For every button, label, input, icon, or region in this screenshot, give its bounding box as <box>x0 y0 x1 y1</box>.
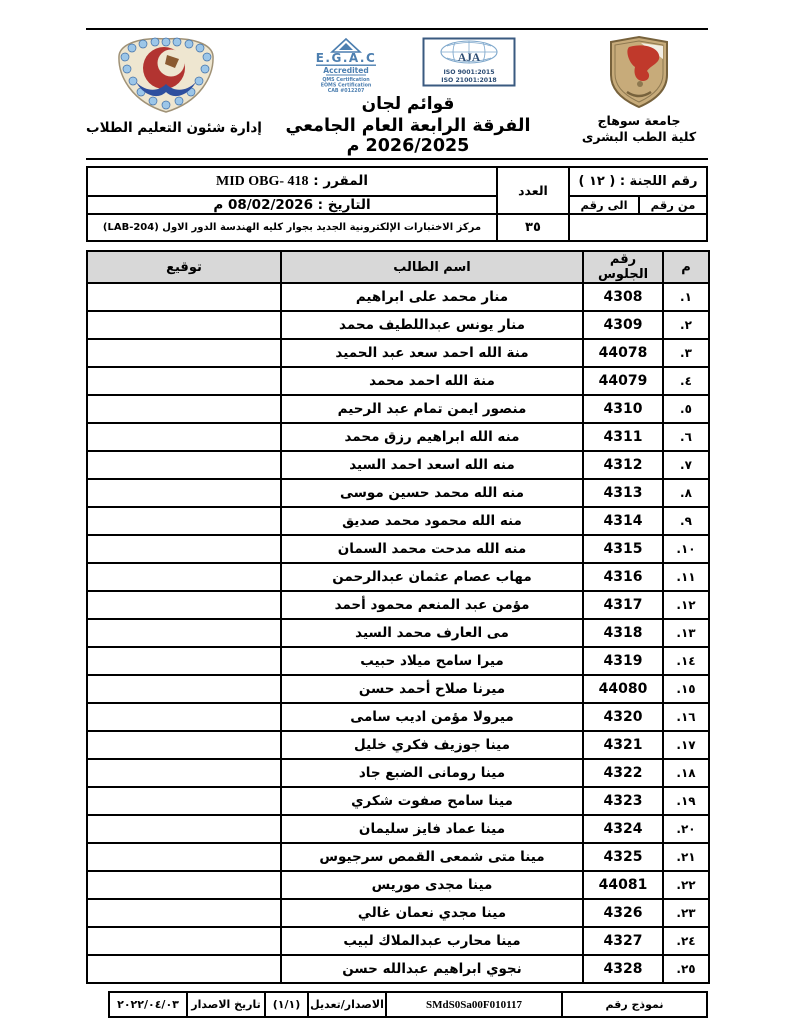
student-name: منار يونس عبداللطيف محمد <box>281 311 583 339</box>
document-page: إدارة شئون التعليم الطلاب E.G.A.C Accred… <box>0 0 791 1024</box>
student-name: منه الله ابراهيم رزق محمد <box>281 423 583 451</box>
signature-cell <box>87 899 281 927</box>
seat-number: 4324 <box>583 815 663 843</box>
column-header-seat: رقم الجلوس <box>583 251 663 283</box>
header-right-block: جامعة سوهاج كلية الطب البشرى <box>570 35 708 144</box>
exam-date-cell: التاريخ : 08/02/2026 م <box>87 196 497 214</box>
signature-cell <box>87 787 281 815</box>
signature-cell <box>87 759 281 787</box>
egac-accredited: Accredited <box>323 66 368 75</box>
seat-number: 4315 <box>583 535 663 563</box>
form-number-label: نموذج رقم <box>562 992 707 1017</box>
student-row: ٤. 44079 منة الله احمد محمد <box>87 367 709 395</box>
student-row: ٢٥. 4328 نجوي ابراهيم عبدالله حسن <box>87 955 709 983</box>
seat-number: 4310 <box>583 395 663 423</box>
header-rule <box>86 158 708 160</box>
revision-label: الاصدار/تعديل <box>308 992 386 1017</box>
row-number: ٣. <box>663 339 709 367</box>
certification-logos: E.G.A.C Accredited QMS Certification EOM… <box>246 37 570 93</box>
page-header: إدارة شئون التعليم الطلاب E.G.A.C Accred… <box>86 30 708 158</box>
seat-number: 4308 <box>583 283 663 311</box>
seat-number: 4312 <box>583 451 663 479</box>
row-number: ٢. <box>663 311 709 339</box>
student-name: مينا جوزيف فكري خليل <box>281 731 583 759</box>
row-number: ٢٤. <box>663 927 709 955</box>
row-number: ٢١. <box>663 843 709 871</box>
row-number: ٢٠. <box>663 815 709 843</box>
student-name: منه الله محمد حسين موسى <box>281 479 583 507</box>
seat-number: 4311 <box>583 423 663 451</box>
student-name: منة الله احمد سعد عبد الحميد <box>281 339 583 367</box>
student-row: ٩. 4314 منه الله محمود محمد صديق <box>87 507 709 535</box>
student-row: ٧. 4312 منه الله اسعد احمد السيد <box>87 451 709 479</box>
egac-line-3: CAB #012207 <box>328 88 365 93</box>
signature-cell <box>87 507 281 535</box>
signature-cell <box>87 367 281 395</box>
seat-number: 4323 <box>583 787 663 815</box>
signature-cell <box>87 423 281 451</box>
exam-info-table: رقم اللجنة : ( ١٢ ) العدد المقرر : MID O… <box>86 166 708 242</box>
issue-date-label: تاريخ الاصدار <box>187 992 265 1017</box>
student-name: منصور ايمن تمام عبد الرحيم <box>281 395 583 423</box>
date-value: 08/02/2026 م <box>213 197 313 213</box>
student-name: ميرا سامح ميلاد حبيب <box>281 647 583 675</box>
row-number: ١٧. <box>663 731 709 759</box>
student-row: ١٧. 4321 مينا جوزيف فكري خليل <box>87 731 709 759</box>
form-footer-table: نموذج رقم SMdS0Sa00F010117 الاصدار/تعديل… <box>108 991 708 1018</box>
row-number: ٦. <box>663 423 709 451</box>
course-cell: المقرر : MID OBG- 418 <box>87 167 497 196</box>
student-row: ٣. 44078 منة الله احمد سعد عبد الحميد <box>87 339 709 367</box>
student-row: ٢. 4309 منار يونس عبداللطيف محمد <box>87 311 709 339</box>
student-table: م رقم الجلوس اسم الطالب توقيع ١. 4308 من… <box>86 250 710 984</box>
university-logo-icon <box>607 35 671 109</box>
row-number: ٩. <box>663 507 709 535</box>
faculty-name: كلية الطب البشرى <box>570 129 708 145</box>
row-number: ١. <box>663 283 709 311</box>
signature-cell <box>87 451 281 479</box>
row-number: ١٨. <box>663 759 709 787</box>
row-number: ١١. <box>663 563 709 591</box>
aja-name: AJA <box>458 52 481 64</box>
student-name: مينا عماد فايز سليمان <box>281 815 583 843</box>
seat-number: 4313 <box>583 479 663 507</box>
student-name: منه الله مدحت محمد السمان <box>281 535 583 563</box>
student-row: ٢١. 4325 مينا متى شمعى القمص سرجيوس <box>87 843 709 871</box>
signature-cell <box>87 815 281 843</box>
student-table-body: ١. 4308 منار محمد على ابراهيم ٢. 4309 من… <box>87 283 709 983</box>
signature-cell <box>87 843 281 871</box>
signature-cell <box>87 731 281 759</box>
committee-number: رقم اللجنة : ( ١٢ ) <box>569 167 707 196</box>
student-name: منار محمد على ابراهيم <box>281 283 583 311</box>
student-row: ١٠. 4315 منه الله مدحت محمد السمان <box>87 535 709 563</box>
student-table-header: م رقم الجلوس اسم الطالب توقيع <box>87 251 709 283</box>
signature-cell <box>87 563 281 591</box>
exam-location: مركز الاختبارات الإلكترونية الجديد بجوار… <box>87 214 497 241</box>
seat-number: 4314 <box>583 507 663 535</box>
student-row: ١٦. 4320 ميرولا مؤمن اديب سامى <box>87 703 709 731</box>
student-name: مينا مجدي نعمان غالي <box>281 899 583 927</box>
row-number: ٢٣. <box>663 899 709 927</box>
row-number: ١٢. <box>663 591 709 619</box>
date-label: التاريخ : <box>318 197 371 213</box>
seat-number: 4321 <box>583 731 663 759</box>
student-row: ١. 4308 منار محمد على ابراهيم <box>87 283 709 311</box>
student-row: ٢٣. 4326 مينا مجدي نعمان غالي <box>87 899 709 927</box>
row-number: ٧. <box>663 451 709 479</box>
student-name: ميرنا صلاح أحمد حسن <box>281 675 583 703</box>
row-number: ٤. <box>663 367 709 395</box>
page-subtitle: الفرقة الرابعة العام الجامعي 2026/2025 م <box>246 116 570 156</box>
column-header-name: اسم الطالب <box>281 251 583 283</box>
row-number: ١٥. <box>663 675 709 703</box>
row-number: ٢٥. <box>663 955 709 983</box>
column-header-signature: توقيع <box>87 251 281 283</box>
count-value: ٣٥ <box>497 214 569 241</box>
student-row: ١٣. 4318 مى العارف محمد السيد <box>87 619 709 647</box>
signature-cell <box>87 703 281 731</box>
student-row: ١١. 4316 مهاب عصام عثمان عبدالرحمن <box>87 563 709 591</box>
row-number: ٨. <box>663 479 709 507</box>
student-row: ١٥. 44080 ميرنا صلاح أحمد حسن <box>87 675 709 703</box>
student-row: ١٢. 4317 مؤمن عبد المنعم محمود أحمد <box>87 591 709 619</box>
student-name: مى العارف محمد السيد <box>281 619 583 647</box>
signature-cell <box>87 871 281 899</box>
row-number: ١٩. <box>663 787 709 815</box>
header-left-block: إدارة شئون التعليم الطلاب <box>86 35 246 136</box>
seat-number: 4322 <box>583 759 663 787</box>
revision-value: (١/١) <box>265 992 308 1017</box>
count-label: العدد <box>497 167 569 214</box>
student-name: مهاب عصام عثمان عبدالرحمن <box>281 563 583 591</box>
seat-number: 4325 <box>583 843 663 871</box>
student-name: منه الله محمود محمد صديق <box>281 507 583 535</box>
signature-cell <box>87 591 281 619</box>
signature-cell <box>87 395 281 423</box>
student-name: ميرولا مؤمن اديب سامى <box>281 703 583 731</box>
student-row: ٢٢. 44081 مينا مجدى موريس <box>87 871 709 899</box>
row-number: ١٣. <box>663 619 709 647</box>
row-number: ١٠. <box>663 535 709 563</box>
seat-number: 44079 <box>583 367 663 395</box>
form-number-value: SMdS0Sa00F010117 <box>386 992 562 1017</box>
signature-cell <box>87 619 281 647</box>
aja-iso-line-2: ISO 21001:2018 <box>441 77 496 84</box>
aja-logo-icon: AJA ISO 9001:2015 ISO 21001:2018 <box>422 37 516 87</box>
seat-number: 4309 <box>583 311 663 339</box>
signature-cell <box>87 675 281 703</box>
student-row: ٦. 4311 منه الله ابراهيم رزق محمد <box>87 423 709 451</box>
student-row: ٥. 4310 منصور ايمن تمام عبد الرحيم <box>87 395 709 423</box>
student-name: مينا سامح صفوت شكري <box>281 787 583 815</box>
aja-iso-line-1: ISO 9001:2015 <box>443 69 494 76</box>
student-name: مينا مجدى موريس <box>281 871 583 899</box>
course-label: المقرر : <box>313 173 368 189</box>
from-to-empty-cell <box>569 214 707 241</box>
seat-number: 4316 <box>583 563 663 591</box>
row-number: ٢٢. <box>663 871 709 899</box>
student-name: منة الله احمد محمد <box>281 367 583 395</box>
seat-number: 44080 <box>583 675 663 703</box>
signature-cell <box>87 535 281 563</box>
student-row: ٨. 4313 منه الله محمد حسين موسى <box>87 479 709 507</box>
seat-number: 4319 <box>583 647 663 675</box>
page-title: قوائم لجان <box>246 94 570 114</box>
signature-cell <box>87 479 281 507</box>
egac-logo-icon: E.G.A.C Accredited QMS Certification EOM… <box>300 37 392 93</box>
row-number: ١٦. <box>663 703 709 731</box>
student-row: ١٩. 4323 مينا سامح صفوت شكري <box>87 787 709 815</box>
seat-number: 4326 <box>583 899 663 927</box>
signature-cell <box>87 647 281 675</box>
faculty-logo-icon <box>110 35 222 115</box>
student-name: نجوي ابراهيم عبدالله حسن <box>281 955 583 983</box>
seat-number: 4327 <box>583 927 663 955</box>
seat-number: 4320 <box>583 703 663 731</box>
university-name: جامعة سوهاج <box>570 113 708 129</box>
row-number: ١٤. <box>663 647 709 675</box>
egac-name: E.G.A.C <box>316 51 377 65</box>
row-number: ٥. <box>663 395 709 423</box>
header-center-block: E.G.A.C Accredited QMS Certification EOM… <box>246 35 570 156</box>
egac-line-2: EOMS Certification <box>321 83 372 89</box>
seat-number: 4317 <box>583 591 663 619</box>
seat-number: 4328 <box>583 955 663 983</box>
to-number-label: الى رقم <box>569 196 639 214</box>
student-row: ٢٤. 4327 مينا محارب عبدالملاك لبيب <box>87 927 709 955</box>
column-header-num: م <box>663 251 709 283</box>
seat-number: 4318 <box>583 619 663 647</box>
signature-cell <box>87 927 281 955</box>
signature-cell <box>87 283 281 311</box>
course-code: MID OBG- 418 <box>216 174 309 189</box>
student-row: ١٨. 4322 مينا رومانى الضبع جاد <box>87 759 709 787</box>
from-number-label: من رقم <box>639 196 707 214</box>
signature-cell <box>87 311 281 339</box>
seat-number: 44078 <box>583 339 663 367</box>
department-name: إدارة شئون التعليم الطلاب <box>86 120 246 136</box>
signature-cell <box>87 955 281 983</box>
issue-date-value: ٢٠٢٢/٠٤/٠٣ <box>109 992 187 1017</box>
student-name: مينا متى شمعى القمص سرجيوس <box>281 843 583 871</box>
egac-line-1: QMS Certification <box>322 77 370 83</box>
student-name: مؤمن عبد المنعم محمود أحمد <box>281 591 583 619</box>
student-row: ١٤. 4319 ميرا سامح ميلاد حبيب <box>87 647 709 675</box>
signature-cell <box>87 339 281 367</box>
student-name: منه الله اسعد احمد السيد <box>281 451 583 479</box>
student-name: مينا محارب عبدالملاك لبيب <box>281 927 583 955</box>
seat-number: 44081 <box>583 871 663 899</box>
student-row: ٢٠. 4324 مينا عماد فايز سليمان <box>87 815 709 843</box>
student-name: مينا رومانى الضبع جاد <box>281 759 583 787</box>
